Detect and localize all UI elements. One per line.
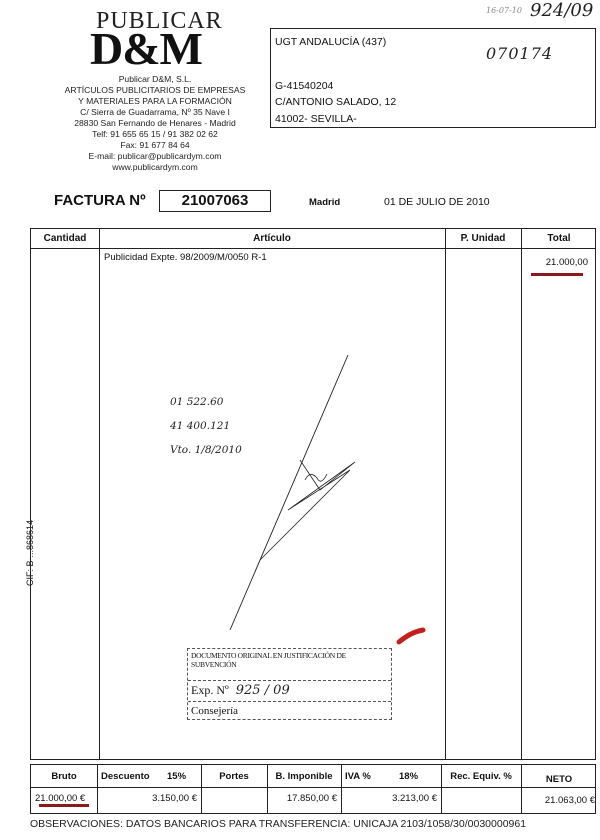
issuer-line: E-mail: publicar@publicardym.com bbox=[40, 151, 270, 162]
header-neto: NETO bbox=[521, 774, 597, 785]
col-header-total: Total bbox=[521, 233, 597, 244]
header-portes: Portes bbox=[201, 771, 267, 782]
invoice-city: Madrid bbox=[309, 197, 340, 208]
client-cif: G-41540204 bbox=[275, 80, 333, 92]
invoice-label: FACTURA Nº bbox=[54, 192, 146, 209]
red-underline-mark bbox=[39, 804, 89, 807]
signature-scribble bbox=[200, 350, 400, 630]
client-name: UGT ANDALUCÍA (437) bbox=[275, 36, 386, 48]
col-header-cantidad: Cantidad bbox=[31, 233, 99, 244]
issuer-line: Fax: 91 677 84 64 bbox=[40, 140, 270, 151]
logo-main: D&M bbox=[76, 28, 216, 70]
value-iva: 3.213,00 € bbox=[341, 793, 437, 804]
red-underline-mark bbox=[531, 273, 583, 276]
handwritten-expediente: 924/09 bbox=[530, 0, 593, 21]
value-descuento: 3.150,00 € bbox=[97, 793, 197, 804]
issuer-line: Publicar D&M, S.L. bbox=[40, 74, 270, 85]
col-header-articulo: Artículo bbox=[99, 233, 445, 244]
value-b-imponible: 17.850,00 € bbox=[267, 793, 337, 804]
header-descuento: Descuento bbox=[101, 771, 150, 782]
issuer-line: www.publicardym.com bbox=[40, 162, 270, 173]
observaciones: OBSERVACIONES: DATOS BANCARIOS PARA TRAN… bbox=[30, 818, 526, 830]
issuer-line: Telf: 91 655 65 15 / 91 382 02 62 bbox=[40, 129, 270, 140]
red-pen-mark bbox=[395, 626, 427, 646]
handwritten-client-code: 070174 bbox=[486, 44, 553, 63]
col-header-p-unidad: P. Unidad bbox=[445, 233, 521, 244]
value-neto: 21.063,00 € bbox=[521, 795, 595, 806]
handwritten-date: 16-07-10 bbox=[486, 6, 522, 15]
invoice-number: 21007063 bbox=[159, 190, 271, 212]
stamp-title: DOCUMENTO ORIGINAL EN JUSTIFICACIÓN DE S… bbox=[191, 651, 391, 669]
stamp-exp: Exp. Nº 925 / 09 bbox=[191, 683, 290, 698]
header-rec-equiv: Rec. Equiv. % bbox=[441, 771, 521, 782]
stamp-exp-value: 925 / 09 bbox=[236, 683, 290, 698]
item-total: 21.000,00 bbox=[523, 257, 588, 268]
header-b-imponible: B. Imponible bbox=[267, 771, 341, 782]
value-bruto: 21.000,00 € bbox=[35, 793, 85, 804]
item-articulo: Publicidad Expte. 98/2009/M/0050 R-1 bbox=[104, 252, 267, 263]
client-address: C/ANTONIO SALADO, 12 bbox=[275, 96, 396, 108]
client-box: UGT ANDALUCÍA (437) G-41540204 C/ANTONIO… bbox=[270, 28, 596, 128]
invoice-date: 01 DE JULIO DE 2010 bbox=[384, 196, 490, 208]
subvencion-stamp: DOCUMENTO ORIGINAL EN JUSTIFICACIÓN DE S… bbox=[187, 648, 392, 720]
client-city: 41002- SEVILLA- bbox=[275, 113, 357, 125]
header-descuento-pct: 15% bbox=[167, 771, 186, 782]
issuer-line: 28830 San Fernando de Henares - Madrid bbox=[40, 118, 270, 129]
header-iva: IVA % bbox=[345, 771, 371, 782]
totals-table: Bruto Descuento 15% Portes B. Imponible … bbox=[30, 764, 596, 814]
header-iva-pct: 18% bbox=[399, 771, 418, 782]
header-bruto: Bruto bbox=[31, 771, 97, 782]
issuer-line: Y MATERIALES PARA LA FORMACIÓN bbox=[40, 96, 270, 107]
issuer-details: Publicar D&M, S.L. ARTÍCULOS PUBLICITARI… bbox=[40, 74, 270, 173]
issuer-line: ARTÍCULOS PUBLICITARIOS DE EMPRESAS bbox=[40, 85, 270, 96]
issuer-line: C/ Sierra de Guadarrama, Nº 35 Nave I bbox=[40, 107, 270, 118]
stamp-consejeria: Consejería bbox=[191, 705, 238, 717]
stamp-exp-label: Exp. Nº bbox=[191, 683, 229, 697]
